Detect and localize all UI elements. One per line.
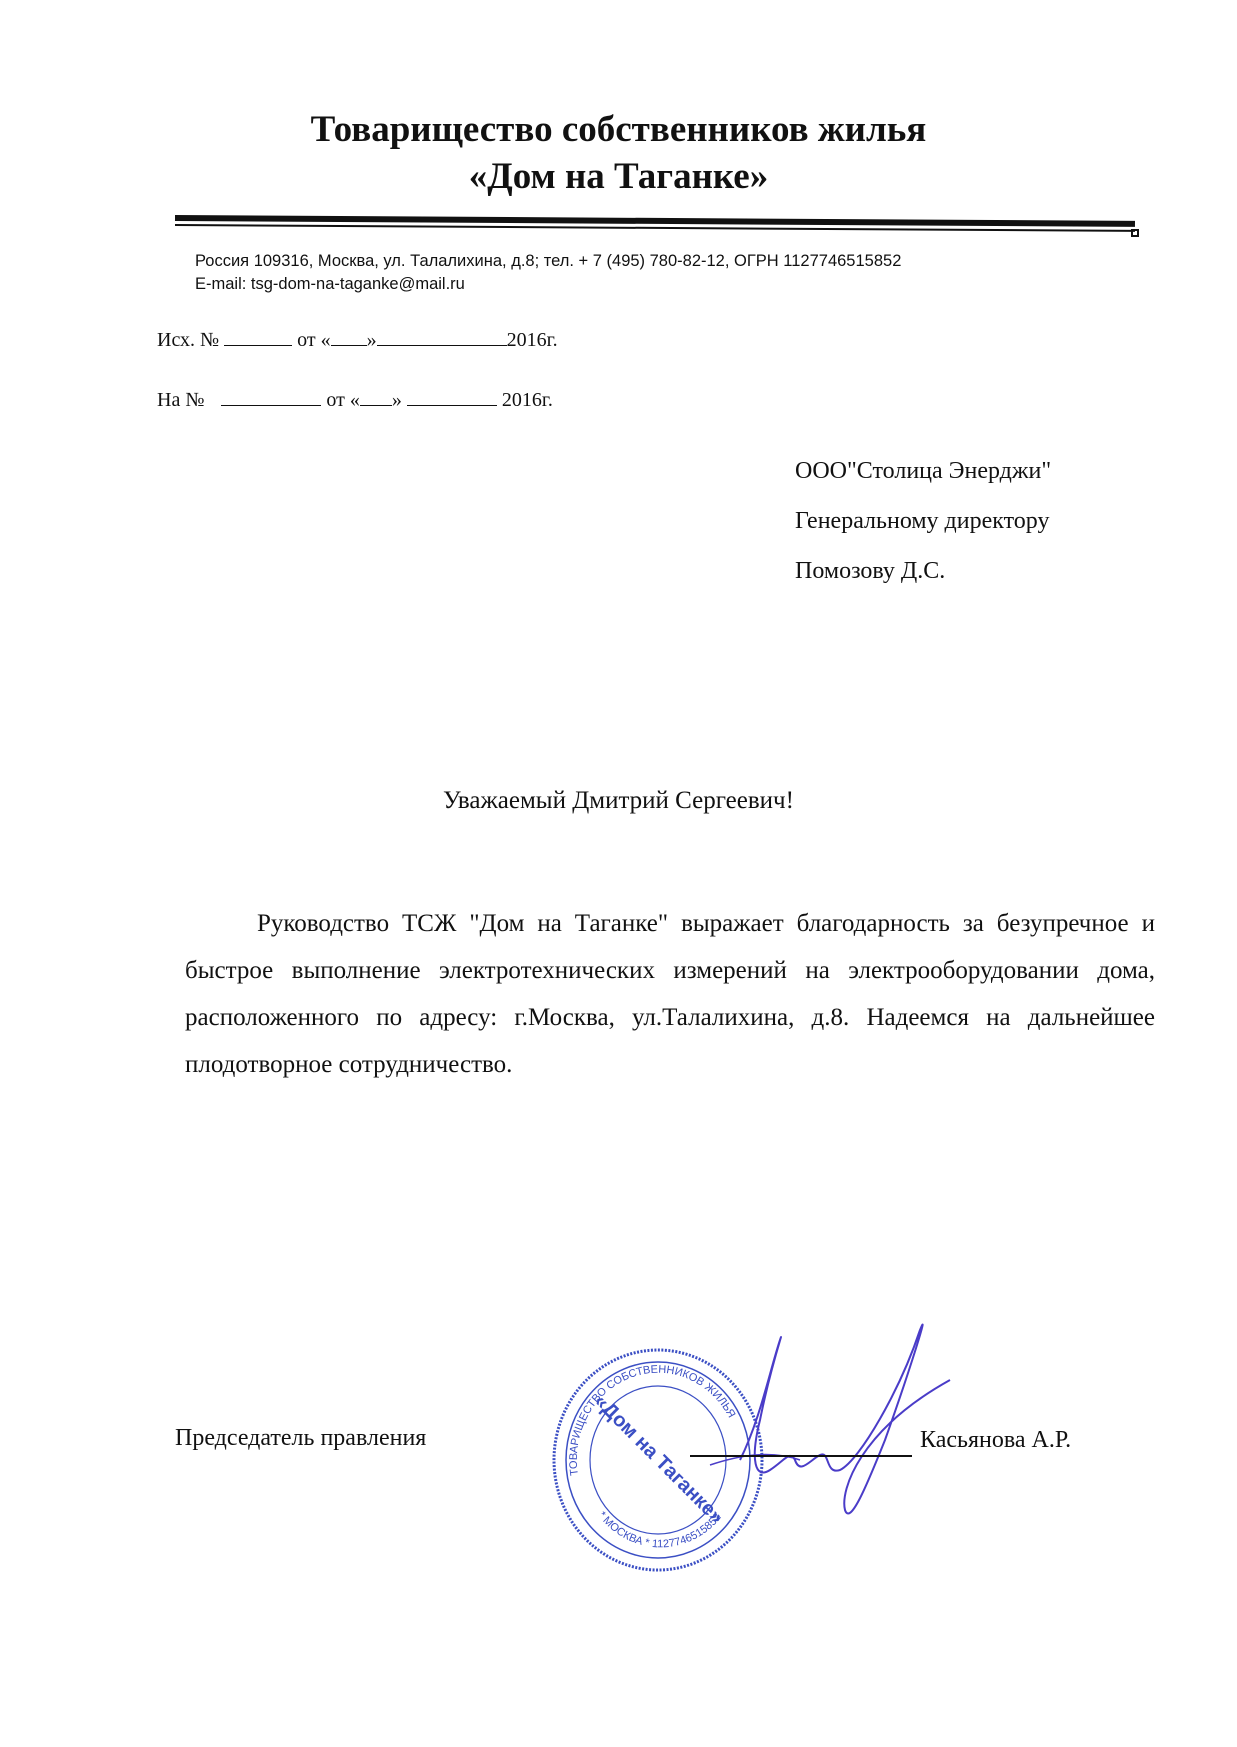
outgoing-year: 2016г. [507,329,558,351]
greeting: Уважаемый Дмитрий Сергеевич! [0,787,1237,815]
incoming-prefix: На № [157,389,204,411]
addressee-name: Помозову Д.С. [795,558,945,585]
letterhead-title-line1: Товарищество собственников жилья [0,108,1237,151]
contact-address: Россия 109316, Москва, ул. Талалихина, д… [195,252,901,271]
outgoing-from: от « [297,329,330,351]
outgoing-close: » [367,329,377,351]
letterhead-rule-end [1131,229,1139,237]
letterhead-title-line2: «Дом на Таганке» [0,155,1237,198]
signatory-role: Председатель правления [175,1425,426,1452]
outgoing-month-blank [377,327,507,346]
incoming-day-blank [360,387,392,406]
incoming-from: от « [326,389,359,411]
body-paragraph: Руководство ТСЖ "Дом на Таганке" выражае… [185,900,1155,1088]
addressee-company: ООО"Столица Энерджи" [795,458,1051,485]
incoming-close: » [392,389,402,411]
outgoing-prefix: Исх. № [157,329,219,351]
signature-line [690,1455,912,1457]
incoming-reference: На № от «» 2016г. [157,387,553,412]
incoming-year: 2016г. [502,389,553,411]
outgoing-reference: Исх. № от «»2016г. [157,327,558,352]
incoming-number-blank [221,387,321,406]
outgoing-day-blank [331,327,367,346]
incoming-month-blank [407,387,497,406]
contact-email: E-mail: tsg-dom-na-taganke@mail.ru [195,275,465,294]
signatory-name: Касьянова А.Р. [920,1427,1071,1454]
outgoing-number-blank [224,327,292,346]
addressee-position: Генеральному директору [795,508,1049,535]
letter-body: Руководство ТСЖ "Дом на Таганке" выражае… [185,900,1155,1088]
